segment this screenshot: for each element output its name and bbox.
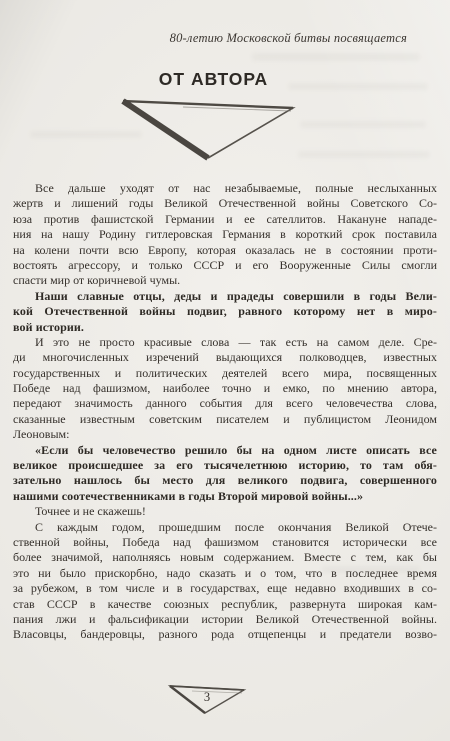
text-line: ния на нашу Родину гитлеровская Германия… [13, 227, 437, 242]
dedication-header: 80-летию Московской битвы посвящается [0, 31, 407, 46]
book-page: 80-летию Московской битвы посвящается ОТ… [0, 0, 450, 741]
text-line: Точнее и не скажешь! [13, 504, 437, 519]
bleed-through-smudge [252, 53, 420, 61]
text-line: спасти мир от коричневой чумы. [13, 273, 437, 288]
text-line: «Если бы человечество решило бы на одном… [13, 443, 437, 458]
text-line: на колени почти всю Европу, которая оказ… [13, 243, 437, 258]
paragraph: Точнее и не скажешь! [13, 504, 437, 519]
triangle-down-page-marker-icon: 3 [162, 683, 254, 719]
paragraph: Наши славные отцы, деды и прадеды соверш… [13, 289, 437, 335]
text-line: государственных и политических деятелей … [13, 366, 437, 381]
text-line: Леоновым: [13, 427, 437, 442]
text-line: И это не просто красивые слова — так ест… [13, 335, 437, 350]
text-line: С каждым годом, прошедшим после окончани… [13, 520, 437, 535]
chapter-title: ОТ АВТОРА [0, 69, 427, 90]
page-number: 3 [204, 690, 210, 704]
text-line: Наши славные отцы, деды и прадеды соверш… [13, 289, 437, 304]
text-line: кой Отечественной войны подвиг, равного … [13, 304, 437, 319]
bleed-through-smudge [300, 121, 426, 128]
text-line: востоять агрессору, и только СССР и его … [13, 258, 437, 273]
text-line: ди многочисленных изречений выдающихся п… [13, 350, 437, 365]
paragraph: «Если бы человечество решило бы на одном… [13, 443, 437, 505]
text-line: пания лжи и фальсификации истории Велико… [13, 612, 437, 627]
text-line: юза против фашистской Германии и ее сате… [13, 212, 437, 227]
triangle-down-emblem-icon [113, 95, 303, 165]
paragraph: С каждым годом, прошедшим после окончани… [13, 520, 437, 643]
body-text: Все дальше уходят от нас незабываемые, п… [13, 181, 437, 643]
text-line: передают значимость данного события для … [13, 396, 437, 411]
text-line: великое происшедшее за его тысячелетнюю … [13, 458, 437, 473]
paragraph: Все дальше уходят от нас незабываемые, п… [13, 181, 437, 289]
text-line: жертв и лишений годы Великой Отечественн… [13, 196, 437, 211]
text-line: Все дальше уходят от нас незабываемые, п… [13, 181, 437, 196]
paragraph: И это не просто красивые слова — так ест… [13, 335, 437, 443]
text-line: ственной войны, Победа над фашизмом стан… [13, 535, 437, 550]
text-line: Власовцы, бандеровцы, разного рода отщеп… [13, 627, 437, 642]
text-line: Победе над фашизмом, наиболее точно и ем… [13, 381, 437, 396]
text-line: зательно нашлось бы место для великого п… [13, 473, 437, 488]
bleed-through-smudge [298, 151, 430, 158]
text-line: вой истории. [13, 320, 437, 335]
text-line: более значимой, наполняясь новым содержа… [13, 550, 437, 565]
text-line: нашими соотечественниками в годы Второй … [13, 489, 437, 504]
text-line: за рубежом, в том числе и в государствах… [13, 581, 437, 596]
text-line: сказанные известным советским писателем … [13, 412, 437, 427]
text-line: это ни было прискорбно, надо сказать и о… [13, 566, 437, 581]
text-line: став СССР в качестве союзных республик, … [13, 597, 437, 612]
